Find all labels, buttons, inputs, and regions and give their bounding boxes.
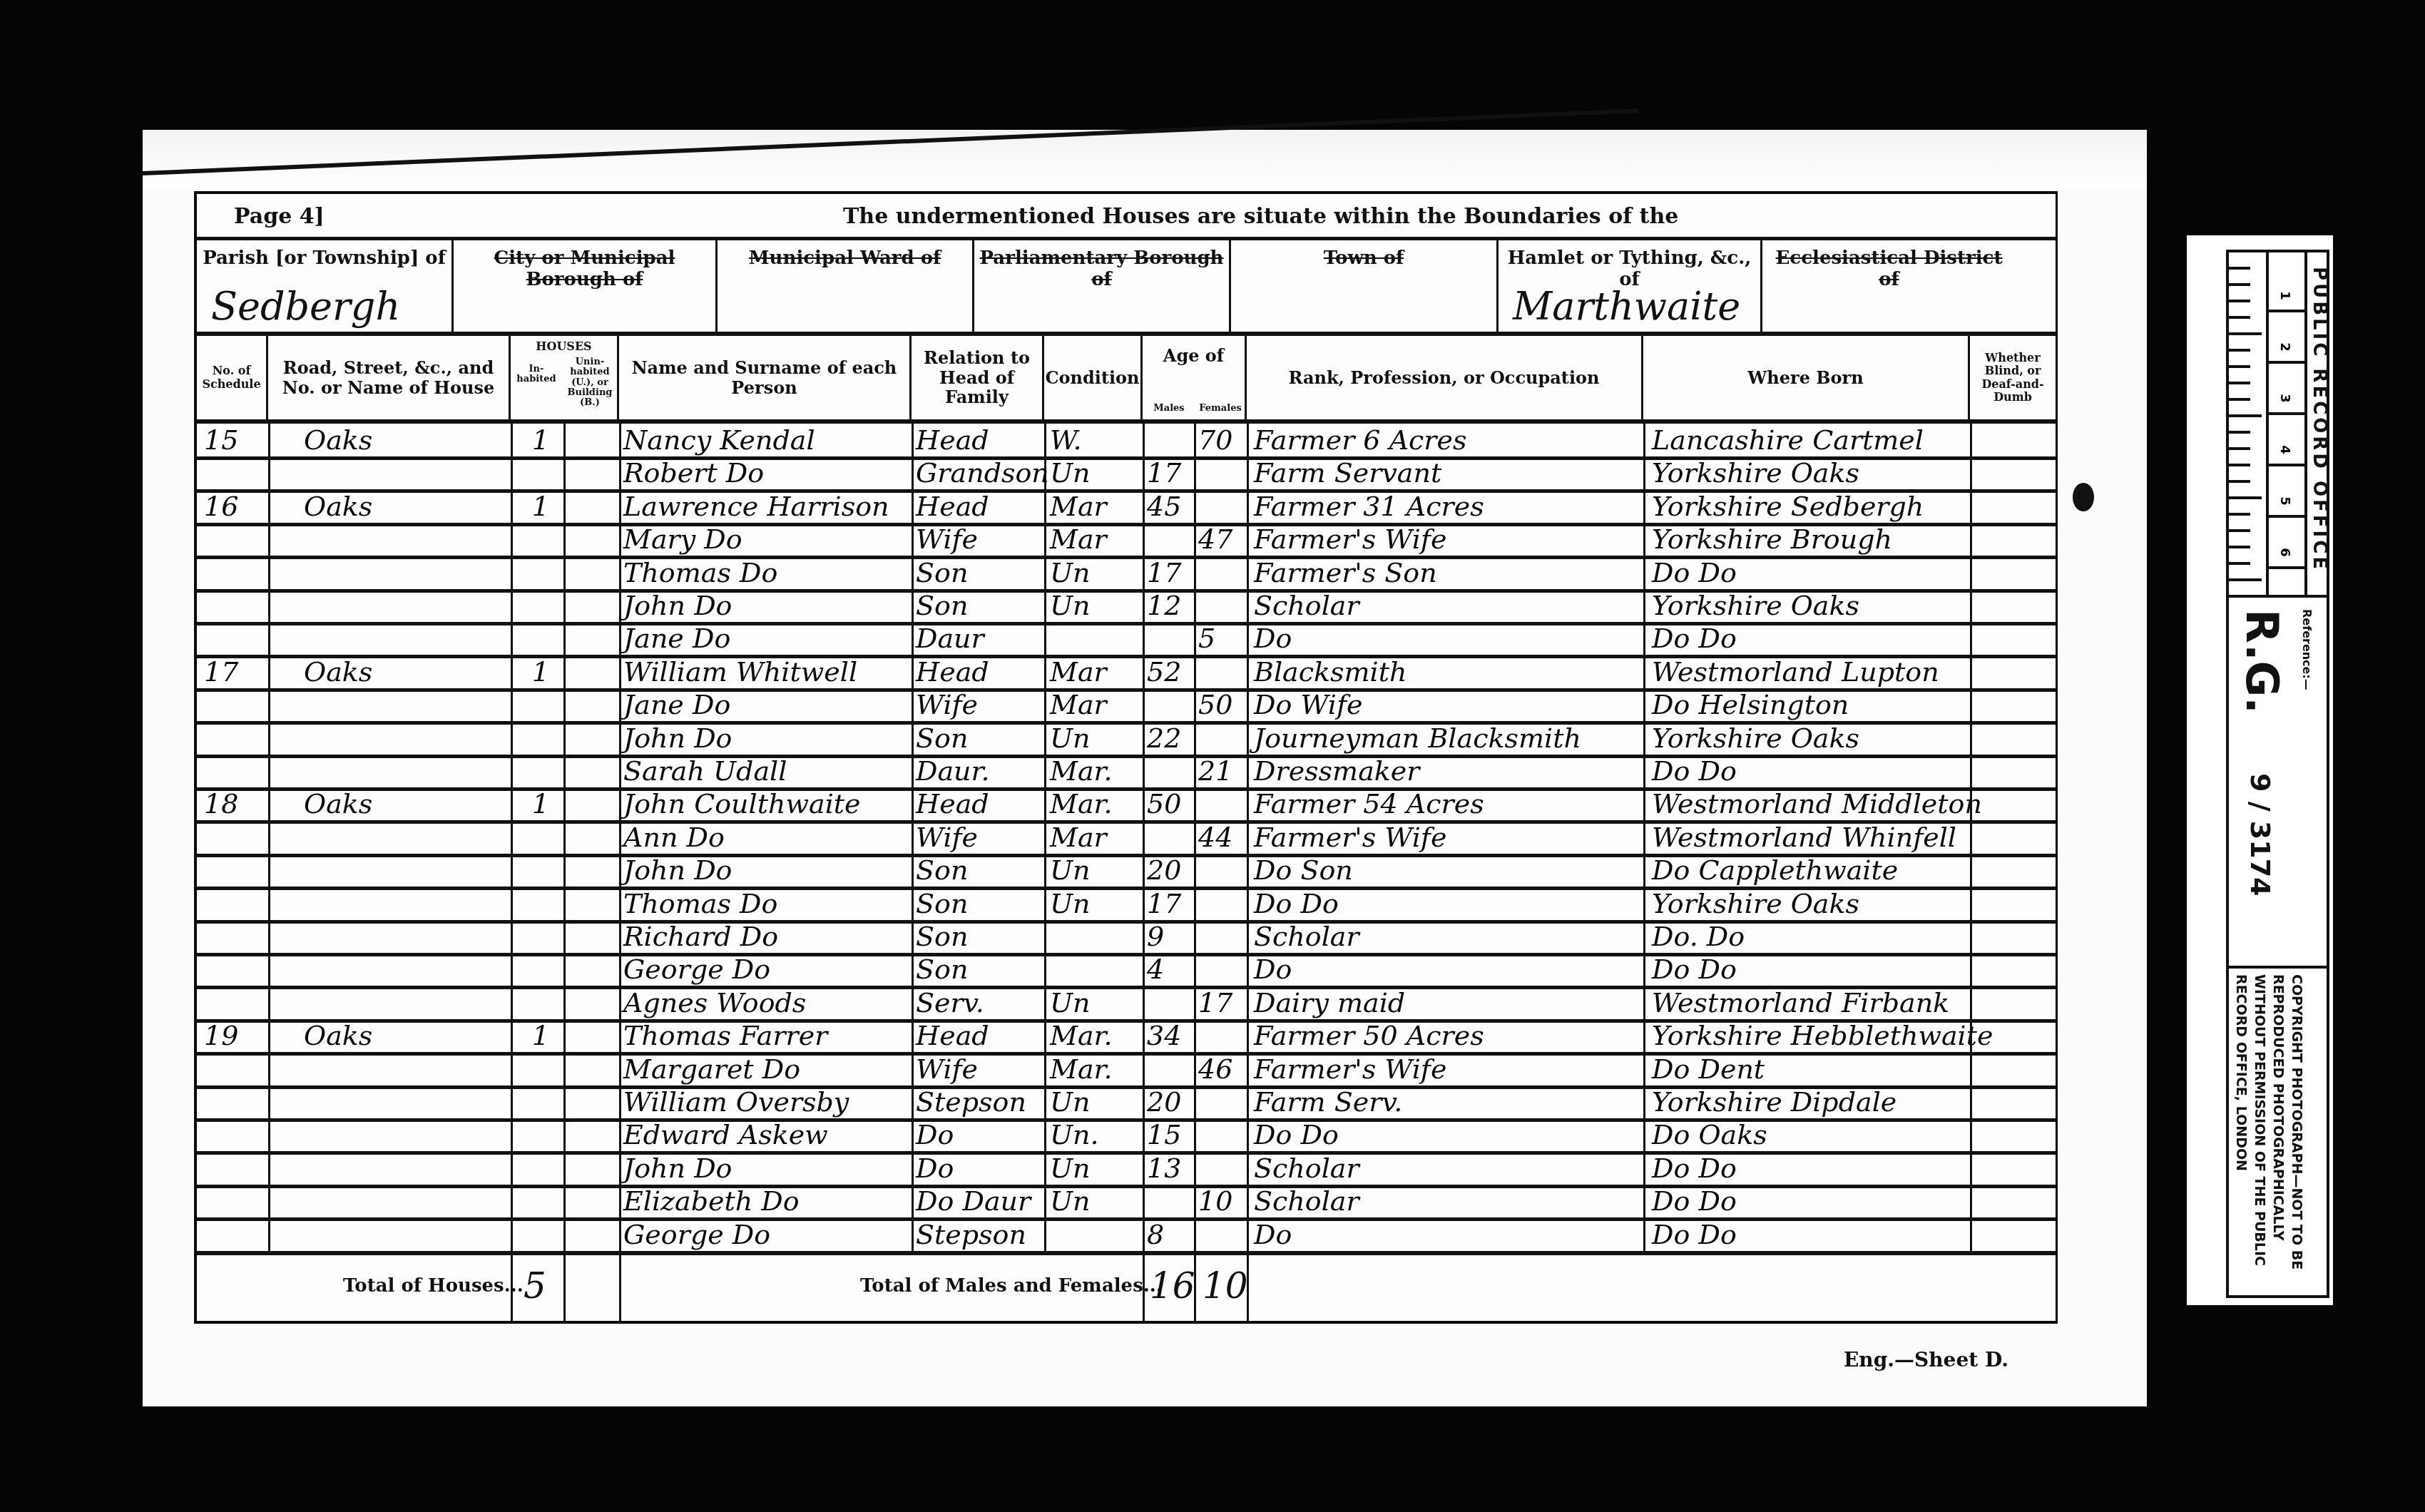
cell-occupation: Do bbox=[1254, 622, 1292, 655]
total-houses-value: 5 bbox=[524, 1265, 546, 1307]
cell-condition: W. bbox=[1050, 424, 1082, 456]
table-row: Thomas DoSonUn17Farmer's SonDo Do bbox=[197, 556, 2056, 593]
measurement-ruler: 123456 PUBLIC RECORD OFFICE bbox=[2229, 252, 2327, 598]
cell-name: Robert Do bbox=[623, 456, 764, 489]
cell-female-age: 44 bbox=[1198, 821, 1232, 854]
cell-born: Yorkshire Dipdale bbox=[1652, 1086, 1896, 1118]
cell-male-age: 20 bbox=[1147, 1086, 1181, 1118]
cell-male-age: 15 bbox=[1147, 1118, 1181, 1151]
cell-occupation: Farm Serv. bbox=[1254, 1086, 1402, 1118]
sheet-label: Eng.—Sheet D. bbox=[1844, 1348, 2008, 1371]
cell-relation: Daur bbox=[916, 622, 984, 655]
cell-male-age: 45 bbox=[1147, 490, 1181, 523]
cell-condition: Mar bbox=[1050, 688, 1107, 721]
table-row: Ann DoWifeMar44Farmer's WifeWestmorland … bbox=[197, 821, 2056, 857]
ruler-tick bbox=[2229, 316, 2250, 319]
cell-occupation: Farmer's Wife bbox=[1254, 821, 1446, 854]
cell-relation: Head bbox=[916, 787, 989, 820]
boundary-field: Ecclesiastical District of bbox=[1762, 240, 2016, 332]
table-row: Mary DoWifeMar47Farmer's WifeYorkshire B… bbox=[197, 523, 2056, 559]
col-road: Road, Street, &c., and No. or Name of Ho… bbox=[268, 336, 511, 419]
cell-name: Elizabeth Do bbox=[623, 1185, 800, 1217]
cell-schedule: 18 bbox=[204, 787, 238, 820]
cell-born: Do. Do bbox=[1652, 920, 1745, 953]
cell-occupation: Do Wife bbox=[1254, 688, 1363, 721]
cell-relation: Stepson bbox=[916, 1218, 1026, 1251]
table-row: William OversbyStepsonUn20Farm Serv.York… bbox=[197, 1086, 2056, 1122]
cell-female-age: 10 bbox=[1198, 1185, 1232, 1217]
cell-relation: Head bbox=[916, 1019, 989, 1052]
col-inhabited: In-habited bbox=[512, 364, 561, 385]
cell-name: Ann Do bbox=[623, 821, 725, 854]
table-row: 16Oaks1Lawrence HarrisonHeadMar45Farmer … bbox=[197, 490, 2056, 526]
table-row: Jane DoWifeMar50Do WifeDo Helsington bbox=[197, 688, 2056, 725]
cell-occupation: Farm Servant bbox=[1254, 456, 1441, 489]
cell-inhabited: 1 bbox=[532, 787, 549, 820]
cell-male-age: 17 bbox=[1147, 456, 1181, 489]
cell-born: Westmorland Middleton bbox=[1652, 787, 1982, 820]
cell-condition: Mar bbox=[1050, 523, 1107, 556]
boundary-value: Marthwaite bbox=[1513, 284, 1740, 329]
cell-male-age: 17 bbox=[1147, 556, 1181, 589]
cell-condition: Mar. bbox=[1050, 787, 1113, 820]
cell-born: Do Capplethwaite bbox=[1652, 854, 1898, 887]
cell-occupation: Do Do bbox=[1254, 1118, 1339, 1151]
cell-male-age: 4 bbox=[1147, 953, 1164, 986]
cell-born: Do Do bbox=[1652, 556, 1737, 589]
cell-name: Lawrence Harrison bbox=[623, 490, 889, 523]
cell-schedule: 19 bbox=[204, 1019, 238, 1052]
cell-relation: Do bbox=[916, 1152, 954, 1185]
cell-born: Yorkshire Brough bbox=[1652, 523, 1892, 556]
cell-born: Westmorland Lupton bbox=[1652, 655, 1939, 688]
cell-occupation: Blacksmith bbox=[1254, 655, 1406, 688]
ruler-tick bbox=[2229, 398, 2250, 401]
cell-name: John Coulthwaite bbox=[623, 787, 861, 820]
cell-relation: Son bbox=[916, 722, 968, 755]
cell-name: Sarah Udall bbox=[623, 755, 787, 787]
cell-condition: Un bbox=[1050, 456, 1091, 489]
boundary-field: Parliamentary Borough of bbox=[974, 240, 1231, 332]
cell-born: Do Do bbox=[1652, 953, 1737, 986]
cell-name: Edward Askew bbox=[623, 1118, 828, 1151]
table-row: Edward AskewDoUn.15Do DoDo Oaks bbox=[197, 1118, 2056, 1155]
boundary-value: Sedbergh bbox=[211, 284, 400, 329]
cell-female-age: 70 bbox=[1198, 424, 1232, 456]
col-females: Females bbox=[1195, 404, 1245, 414]
piece-number: 9 / 3174 bbox=[2245, 773, 2276, 897]
cell-occupation: Do Son bbox=[1254, 854, 1353, 887]
ruler-tick bbox=[2229, 365, 2250, 368]
ruler-tick bbox=[2229, 464, 2250, 466]
cell-name: Nancy Kendal bbox=[623, 424, 815, 456]
cell-name: William Oversby bbox=[623, 1086, 849, 1118]
cell-occupation: Farmer 31 Acres bbox=[1254, 490, 1484, 523]
cell-relation: Head bbox=[916, 490, 989, 523]
cell-name: Jane Do bbox=[623, 688, 730, 721]
boundary-field: Parish [or Township] ofSedbergh bbox=[197, 240, 454, 332]
cell-condition: Mar bbox=[1050, 821, 1107, 854]
ruler-tick bbox=[2229, 332, 2262, 335]
cell-born: Lancashire Cartmel bbox=[1652, 424, 1924, 456]
col-condition: Condition bbox=[1044, 336, 1143, 419]
ruler-tick bbox=[2229, 431, 2250, 434]
cell-name: Thomas Farrer bbox=[623, 1019, 827, 1052]
cell-relation: Do bbox=[916, 1118, 954, 1151]
table-row: Richard DoSon9ScholarDo. Do bbox=[197, 920, 2056, 956]
boundary-headers: Parish [or Township] ofSedberghCity or M… bbox=[197, 240, 2056, 336]
cell-name: Mary Do bbox=[623, 523, 742, 556]
cell-female-age: 47 bbox=[1198, 523, 1232, 556]
cell-name: Jane Do bbox=[623, 622, 730, 655]
table-row: Margaret DoWifeMar.46Farmer's WifeDo Den… bbox=[197, 1053, 2056, 1089]
cell-born: Westmorland Whinfell bbox=[1652, 821, 1956, 854]
cell-born: Do Do bbox=[1652, 1218, 1737, 1251]
cell-male-age: 50 bbox=[1147, 787, 1181, 820]
cell-occupation: Farmer's Wife bbox=[1254, 1053, 1446, 1086]
boundary-label: Parish [or Township] of bbox=[197, 247, 451, 269]
col-blind-deaf: Whether Blind, or Deaf-and-Dumb bbox=[1970, 336, 2056, 419]
cell-female-age: 21 bbox=[1198, 755, 1232, 787]
boundary-field: Hamlet or Tything, &c., ofMarthwaite bbox=[1499, 240, 1762, 332]
boundary-label: City or Municipal Borough of bbox=[454, 247, 715, 290]
boundary-label: Municipal Ward of bbox=[718, 247, 972, 269]
ruler-tick bbox=[2229, 382, 2250, 384]
totals-row: Total of Houses... 5 Total of Males and … bbox=[197, 1251, 2056, 1321]
cell-female-age: 46 bbox=[1198, 1053, 1232, 1086]
archive-reference-strip: 123456 PUBLIC RECORD OFFICE Reference:— … bbox=[2187, 235, 2333, 1305]
col-occupation: Rank, Profession, or Occupation bbox=[1247, 336, 1643, 419]
cell-condition: Mar bbox=[1050, 655, 1107, 688]
cell-name: John Do bbox=[623, 589, 732, 622]
cell-occupation: Farmer's Wife bbox=[1254, 523, 1446, 556]
cell-inhabited: 1 bbox=[532, 1019, 549, 1052]
cell-female-age: 5 bbox=[1198, 622, 1215, 655]
cell-male-age: 13 bbox=[1147, 1152, 1181, 1185]
table-row: John DoSonUn22Journeyman BlacksmithYorks… bbox=[197, 722, 2056, 758]
total-females-value: 10 bbox=[1203, 1265, 1248, 1307]
table-row: Sarah UdallDaur.Mar.21DressmakerDo Do bbox=[197, 755, 2056, 791]
cell-female-age: 17 bbox=[1198, 986, 1232, 1019]
ruler-tick bbox=[2229, 529, 2250, 532]
cell-relation: Son bbox=[916, 854, 968, 887]
ruler-number: 5 bbox=[2277, 496, 2292, 506]
census-entries: 15Oaks1Nancy KendalHeadW.70Farmer 6 Acre… bbox=[197, 424, 2056, 1251]
cell-condition: Un bbox=[1050, 556, 1091, 589]
cell-condition: Un bbox=[1050, 1185, 1091, 1217]
cell-road: Oaks bbox=[304, 490, 372, 523]
cell-relation: Stepson bbox=[916, 1086, 1026, 1118]
ruler-numbers: 123456 bbox=[2266, 252, 2307, 595]
cell-relation: Son bbox=[916, 887, 968, 920]
cell-occupation: Farmer 6 Acres bbox=[1254, 424, 1467, 456]
col-name: Name and Surname of each Person bbox=[619, 336, 912, 419]
cell-schedule: 17 bbox=[204, 655, 238, 688]
cell-occupation: Scholar bbox=[1254, 920, 1359, 953]
boundary-field: City or Municipal Borough of bbox=[454, 240, 718, 332]
cell-occupation: Farmer's Son bbox=[1254, 556, 1437, 589]
cell-name: Agnes Woods bbox=[623, 986, 806, 1019]
cell-born: Do Do bbox=[1652, 1185, 1737, 1217]
table-row: Jane DoDaur5DoDo Do bbox=[197, 622, 2056, 658]
table-row: George DoSon4DoDo Do bbox=[197, 953, 2056, 989]
cell-condition: Un bbox=[1050, 722, 1091, 755]
cell-born: Westmorland Firbank bbox=[1652, 986, 1949, 1019]
ruler-number: 6 bbox=[2277, 548, 2292, 557]
boundary-label: Town of bbox=[1231, 247, 1496, 269]
cell-relation: Serv. bbox=[916, 986, 984, 1019]
cell-name: John Do bbox=[623, 722, 732, 755]
cell-male-age: 12 bbox=[1147, 589, 1181, 622]
ruler-tick bbox=[2229, 480, 2250, 483]
ruler-number: 1 bbox=[2277, 291, 2292, 300]
cell-occupation: Do bbox=[1254, 1218, 1292, 1251]
cell-relation: Son bbox=[916, 953, 968, 986]
column-headers: No. of Schedule Road, Street, &c., and N… bbox=[197, 336, 2056, 424]
cell-relation: Grandson bbox=[916, 456, 1049, 489]
cell-male-age: 8 bbox=[1147, 1218, 1164, 1251]
cell-born: Yorkshire Oaks bbox=[1652, 887, 1859, 920]
cell-name: Margaret Do bbox=[623, 1053, 800, 1086]
cell-condition: Un bbox=[1050, 1152, 1091, 1185]
cell-condition: Un bbox=[1050, 1086, 1091, 1118]
cell-relation: Son bbox=[916, 920, 968, 953]
page-number: Page 4] bbox=[234, 204, 325, 229]
cell-name: George Do bbox=[623, 953, 770, 986]
cell-inhabited: 1 bbox=[532, 490, 549, 523]
cell-occupation: Scholar bbox=[1254, 1185, 1359, 1217]
cell-relation: Wife bbox=[916, 523, 978, 556]
ruler-tick bbox=[2229, 578, 2262, 581]
cell-born: Yorkshire Oaks bbox=[1652, 456, 1859, 489]
cell-occupation: Farmer 54 Acres bbox=[1254, 787, 1484, 820]
cell-condition: Mar. bbox=[1050, 1019, 1113, 1052]
cell-relation: Wife bbox=[916, 821, 978, 854]
cell-name: George Do bbox=[623, 1218, 770, 1251]
col-males: Males bbox=[1145, 404, 1193, 414]
ruler-ticks bbox=[2229, 252, 2269, 595]
ink-blot bbox=[2073, 483, 2094, 511]
table-row: Thomas DoSonUn17Do DoYorkshire Oaks bbox=[197, 887, 2056, 924]
boundary-label: Ecclesiastical District of bbox=[1762, 247, 2016, 290]
table-row: Robert DoGrandsonUn17Farm ServantYorkshi… bbox=[197, 456, 2056, 493]
cell-condition: Un bbox=[1050, 854, 1091, 887]
cell-name: Thomas Do bbox=[623, 556, 777, 589]
cell-relation: Son bbox=[916, 556, 968, 589]
col-uninhabited: Unin-habited (U.), or Building (B.) bbox=[563, 357, 616, 408]
form-title: The undermentioned Houses are situate wi… bbox=[843, 204, 1678, 229]
cell-born: Do Do bbox=[1652, 622, 1737, 655]
table-row: John DoDoUn13ScholarDo Do bbox=[197, 1152, 2056, 1188]
total-males-value: 16 bbox=[1150, 1265, 1195, 1307]
col-schedule: No. of Schedule bbox=[197, 336, 268, 419]
ruler-tick bbox=[2229, 414, 2262, 417]
total-houses-label: Total of Houses... bbox=[343, 1275, 524, 1297]
cell-male-age: 17 bbox=[1147, 887, 1181, 920]
cell-name: Richard Do bbox=[623, 920, 778, 953]
cell-born: Do Do bbox=[1652, 1152, 1737, 1185]
cell-born: Yorkshire Oaks bbox=[1652, 722, 1859, 755]
cell-born: Yorkshire Hebblethwaite bbox=[1652, 1019, 1993, 1052]
cell-born: Yorkshire Oaks bbox=[1652, 589, 1859, 622]
office-label: PUBLIC RECORD OFFICE bbox=[2309, 267, 2330, 572]
cell-relation: Wife bbox=[916, 1053, 978, 1086]
cell-relation: Wife bbox=[916, 688, 978, 721]
boundary-field: Municipal Ward of bbox=[718, 240, 974, 332]
cell-relation: Do Daur bbox=[916, 1185, 1031, 1217]
cell-condition: Mar. bbox=[1050, 1053, 1113, 1086]
cell-condition: Un bbox=[1050, 986, 1091, 1019]
cell-relation: Daur. bbox=[916, 755, 990, 787]
ruler-tick bbox=[2229, 283, 2250, 286]
cell-road: Oaks bbox=[304, 1019, 372, 1052]
cell-male-age: 52 bbox=[1147, 655, 1181, 688]
cell-male-age: 22 bbox=[1147, 722, 1181, 755]
ruler-number: 2 bbox=[2277, 342, 2292, 352]
table-row: Elizabeth DoDo DaurUn10ScholarDo Do bbox=[197, 1185, 2056, 1221]
cell-occupation: Dressmaker bbox=[1254, 755, 1420, 787]
table-row: John DoSonUn12ScholarYorkshire Oaks bbox=[197, 589, 2056, 625]
cell-born: Yorkshire Sedbergh bbox=[1652, 490, 1924, 523]
table-row: Agnes WoodsServ.Un17Dairy maidWestmorlan… bbox=[197, 986, 2056, 1023]
ruler-tick bbox=[2229, 496, 2262, 499]
col-relation: Relation to Head of Family bbox=[912, 336, 1044, 419]
cell-male-age: 20 bbox=[1147, 854, 1181, 887]
ruler-tick bbox=[2229, 513, 2250, 516]
cell-relation: Head bbox=[916, 655, 989, 688]
cell-occupation: Do Do bbox=[1254, 887, 1339, 920]
cell-occupation: Dairy maid bbox=[1254, 986, 1405, 1019]
cell-inhabited: 1 bbox=[532, 424, 549, 456]
cell-name: Thomas Do bbox=[623, 887, 777, 920]
cell-occupation: Scholar bbox=[1254, 1152, 1359, 1185]
cell-schedule: 15 bbox=[204, 424, 238, 456]
cell-born: Do Helsington bbox=[1652, 688, 1849, 721]
col-where-born: Where Born bbox=[1643, 336, 1970, 419]
ruler-tick bbox=[2229, 447, 2250, 450]
table-row: John DoSonUn20Do SonDo Capplethwaite bbox=[197, 854, 2056, 890]
cell-condition: Un bbox=[1050, 887, 1091, 920]
form-title-row: Page 4] The undermentioned Houses are si… bbox=[197, 194, 2056, 240]
ruler-tick bbox=[2229, 349, 2250, 352]
series-code: R.G. bbox=[2236, 609, 2288, 714]
cell-relation: Head bbox=[916, 424, 989, 456]
cell-male-age: 9 bbox=[1147, 920, 1164, 953]
table-row: George DoStepson8DoDo Do bbox=[197, 1218, 2056, 1255]
cell-born: Do Dent bbox=[1652, 1053, 1765, 1086]
cell-name: William Whitwell bbox=[623, 655, 857, 688]
cell-condition: Mar bbox=[1050, 490, 1107, 523]
copyright-notice: COPYRIGHT PHOTOGRAPH—NOT TO BE REPRODUCE… bbox=[2229, 966, 2327, 1295]
cell-condition: Mar. bbox=[1050, 755, 1113, 787]
ruler-tick bbox=[2229, 546, 2250, 548]
boundary-field: Town of bbox=[1231, 240, 1499, 332]
cell-relation: Son bbox=[916, 589, 968, 622]
cell-born: Do Oaks bbox=[1652, 1118, 1767, 1151]
ruler-number: 3 bbox=[2277, 394, 2292, 403]
cell-name: John Do bbox=[623, 854, 732, 887]
cell-name: John Do bbox=[623, 1152, 732, 1185]
cell-female-age: 50 bbox=[1198, 688, 1232, 721]
table-row: 17Oaks1William WhitwellHeadMar52Blacksmi… bbox=[197, 655, 2056, 692]
reference-box: Reference:— R.G. 9 / 3174 bbox=[2229, 595, 2327, 969]
cell-condition: Un bbox=[1050, 589, 1091, 622]
cell-occupation: Farmer 50 Acres bbox=[1254, 1019, 1484, 1052]
ruler-number: 4 bbox=[2277, 445, 2292, 454]
cell-condition: Un. bbox=[1050, 1118, 1099, 1151]
cell-male-age: 34 bbox=[1147, 1019, 1181, 1052]
cell-occupation: Scholar bbox=[1254, 589, 1359, 622]
ruler-tick bbox=[2229, 562, 2250, 565]
cell-inhabited: 1 bbox=[532, 655, 549, 688]
cell-road: Oaks bbox=[304, 655, 372, 688]
cell-road: Oaks bbox=[304, 424, 372, 456]
census-form: Page 4] The undermentioned Houses are si… bbox=[194, 191, 2058, 1324]
cell-schedule: 16 bbox=[204, 490, 238, 523]
cell-occupation: Journeyman Blacksmith bbox=[1254, 722, 1581, 755]
ruler-tick bbox=[2229, 267, 2250, 270]
table-row: 19Oaks1Thomas FarrerHeadMar.34Farmer 50 … bbox=[197, 1019, 2056, 1056]
cell-occupation: Do bbox=[1254, 953, 1292, 986]
ruler-tick bbox=[2229, 300, 2250, 302]
boundary-label: Parliamentary Borough of bbox=[974, 247, 1229, 290]
total-persons-label: Total of Males and Females... bbox=[860, 1275, 1163, 1297]
table-row: 15Oaks1Nancy KendalHeadW.70Farmer 6 Acre… bbox=[197, 424, 2056, 460]
table-row: 18Oaks1John CoulthwaiteHeadMar.50Farmer … bbox=[197, 787, 2056, 824]
cell-born: Do Do bbox=[1652, 755, 1737, 787]
reference-label: Reference:— bbox=[2300, 609, 2314, 690]
cell-road: Oaks bbox=[304, 787, 372, 820]
